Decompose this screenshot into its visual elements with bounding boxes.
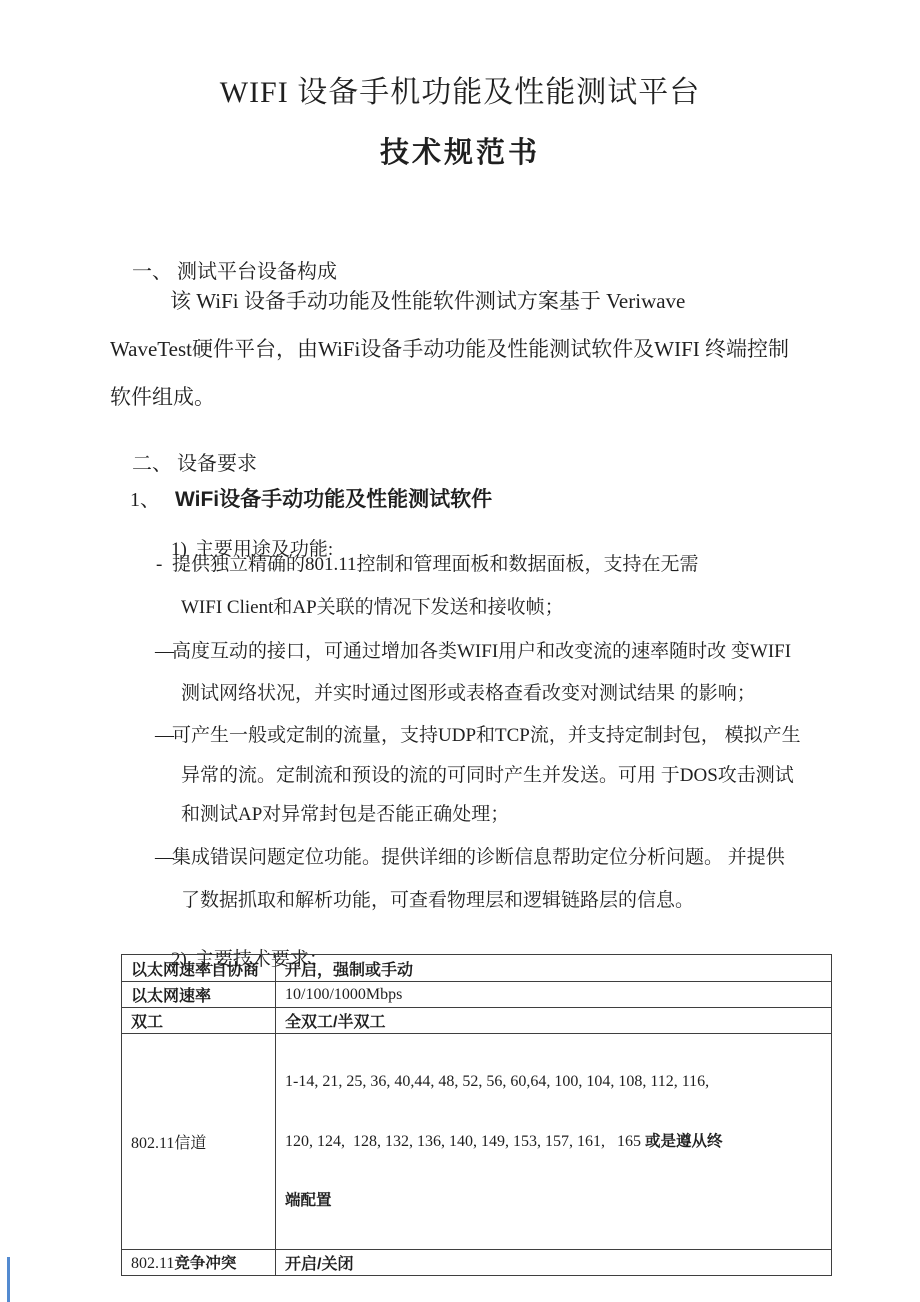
section-1-number: 一、 xyxy=(132,261,172,283)
bullet-2-line-1: 高度互动的接口，可通过增加各类WIFI用户和改变流的速率随时改 变WIFI xyxy=(172,641,791,663)
subsection-1-number: 1、 xyxy=(130,489,160,511)
row3-label: 双工 xyxy=(122,1008,276,1034)
paragraph-line-3: 软件组成。 xyxy=(110,385,215,409)
row4-value: 1-14, 21, 25, 36, 40,44, 48, 52, 56, 60,… xyxy=(276,1034,832,1250)
row5-label-number: 802.11 xyxy=(131,1255,174,1272)
bullet-2-line-2: 测试网络状况，并实时通过图形或表格查看改变对测试结果 的影响； xyxy=(181,683,756,705)
row4-value-line2-plain: 120, 124, 128, 132, 136, 140, 149, 153, … xyxy=(285,1133,645,1150)
row5-label: 802.11竞争冲突 xyxy=(122,1249,276,1275)
table-row: 802.11信道 1-14, 21, 25, 36, 40,44, 48, 52… xyxy=(122,1034,832,1250)
row1-value: 开启，强制或手动 xyxy=(276,955,832,982)
row3-value: 全双工/半双工 xyxy=(276,1008,832,1034)
paragraph-line-2: WaveTest硬件平台，由WiFi设备手动功能及性能测试软件及WIFI 终端控… xyxy=(110,337,789,361)
table-row: 以太网速率 10/100/1000Mbps xyxy=(122,982,832,1008)
bullet-4-line-1: 集成错误问题定位功能。提供详细的诊断信息帮助定位分析问题。 并提供 xyxy=(172,847,785,869)
row5-value: 开启/关闭 xyxy=(276,1249,832,1275)
table-row: 双工 全双工/半双工 xyxy=(122,1008,832,1034)
row2-label: 以太网速率 xyxy=(122,982,276,1008)
bullet-1-line-1: 提供独立精确的801.11控制和管理面板和数据面板，支持在无需 xyxy=(172,554,699,576)
section-1-title: 测试平台设备构成 xyxy=(177,261,337,283)
bullet-1-marker: - xyxy=(156,554,162,576)
row4-label: 802.11信道 xyxy=(122,1034,276,1250)
row5-label-cn: 竞争冲突 xyxy=(174,1255,236,1272)
row1-label: 以太网速率自协商 xyxy=(122,955,276,982)
cursor-mark xyxy=(7,1257,10,1302)
doc-subtitle: 技术规范书 xyxy=(0,137,920,170)
bullet-4-line-2: 了数据抓取和解析功能，可查看物理层和逻辑链路层的信息。 xyxy=(181,890,694,912)
row4-value-line2-bold: 或是遵从终 xyxy=(645,1133,723,1150)
subsection-1-title: WiFi设备手动功能及性能测试软件 xyxy=(175,488,492,511)
row2-value: 10/100/1000Mbps xyxy=(276,982,832,1008)
spec-table: 以太网速率自协商 开启，强制或手动 以太网速率 10/100/1000Mbps … xyxy=(121,954,832,1276)
bullet-1-line-2: WIFI Client和AP关联的情况下发送和接收帧； xyxy=(181,597,564,619)
table-row: 以太网速率自协商 开启，强制或手动 xyxy=(122,955,832,982)
row4-value-line1: 1-14, 21, 25, 36, 40,44, 48, 52, 56, 60,… xyxy=(285,1070,831,1094)
row4-label-number: 802.11 xyxy=(131,1135,174,1152)
paragraph-line-1: 该 WiFi 设备手动功能及性能软件测试方案基于 Veriwave xyxy=(170,289,685,313)
bullet-3-line-1: 可产生一般或定制的流量，支持UDP和TCP流，并支持定制封包， 模拟产生 xyxy=(172,725,801,747)
bullet-3-line-3: 和测试AP对异常封包是否能正确处理； xyxy=(181,804,509,826)
doc-title: WIFI 设备手机功能及性能测试平台 xyxy=(0,76,920,111)
row4-value-line2: 120, 124, 128, 132, 136, 140, 149, 153, … xyxy=(285,1130,831,1154)
row4-label-cn: 信道 xyxy=(174,1135,206,1152)
document-page: WIFI 设备手机功能及性能测试平台 技术规范书 一、测试平台设备构成 该 Wi… xyxy=(0,0,920,1302)
bullet-3-line-2: 异常的流。定制流和预设的流的可同时产生并发送。可用 于DOS攻击测试 xyxy=(181,765,794,787)
row4-value-line3: 端配置 xyxy=(285,1189,831,1213)
table-row: 802.11竞争冲突 开启/关闭 xyxy=(122,1249,832,1275)
